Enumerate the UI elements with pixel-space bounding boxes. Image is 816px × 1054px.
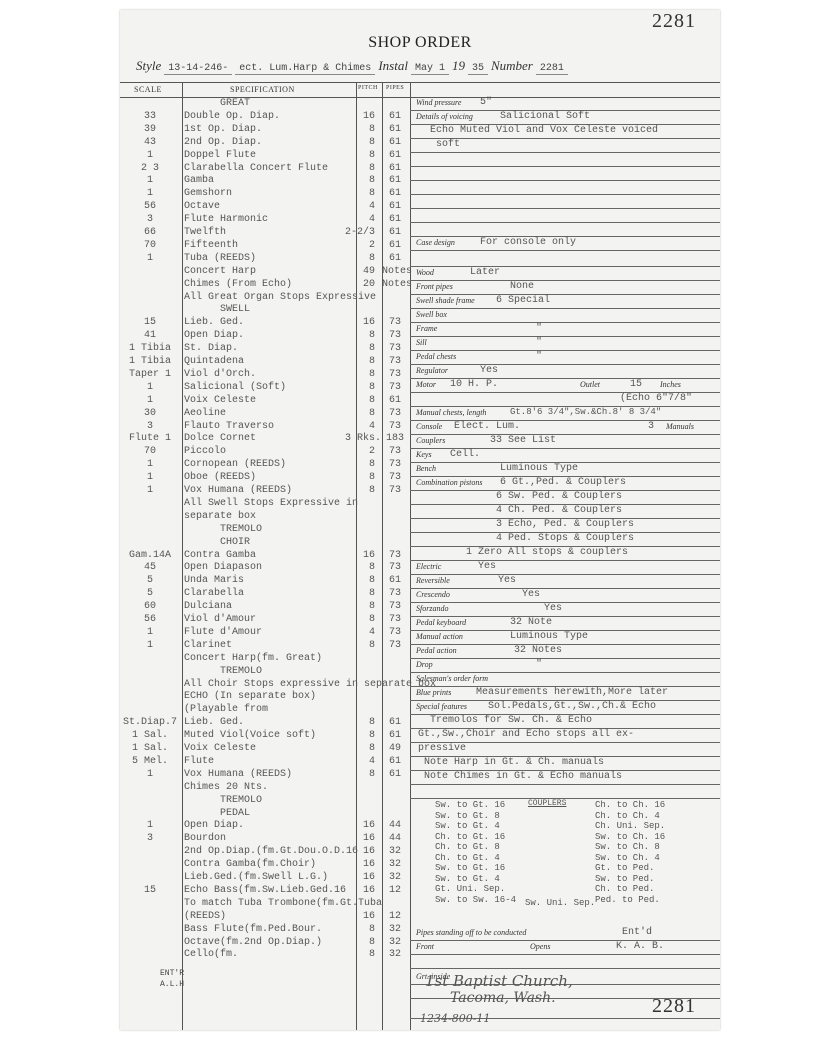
- table-row: St.Diap.7Lieb. Ged.861: [120, 717, 410, 729]
- table-row: separate box: [120, 511, 410, 523]
- table-row: TREMOLO: [120, 666, 410, 678]
- table-row: 41Open Diap.873: [120, 330, 410, 342]
- coupler-item: Ch. to Gt. 4: [435, 853, 500, 863]
- stop-scale: 5 Mel.: [120, 756, 180, 767]
- stop-pitch: 8: [345, 150, 375, 161]
- inches-label: Inches: [660, 380, 681, 389]
- special-line: Note Chimes in Gt. & Echo manuals: [424, 771, 622, 782]
- stop-spec: Tuba (REEDS): [184, 253, 256, 264]
- stop-scale: 43: [120, 137, 180, 148]
- coupler-item: Ped. to Ped.: [595, 895, 660, 905]
- stop-pitch: 8: [345, 188, 375, 199]
- stop-pitch: 8: [345, 459, 375, 470]
- stop-scale: 60: [120, 601, 180, 612]
- table-row: TREMOLO: [120, 524, 410, 536]
- bench-label: Bench: [416, 464, 436, 473]
- bench-value: Luminous Type: [500, 463, 578, 474]
- stop-pitch: 8: [345, 408, 375, 419]
- stop-scale: 1: [120, 472, 180, 483]
- stop-pitch: 2: [345, 446, 375, 457]
- stop-spec: Lieb. Ged.: [184, 317, 244, 328]
- stop-spec: Voix Celeste: [184, 395, 256, 406]
- stop-spec: Open Diap.: [184, 330, 244, 341]
- electric-value: Yes: [478, 561, 496, 572]
- table-row: ECHO (In separate box): [120, 691, 410, 703]
- entd-label: ENT'R: [160, 968, 184, 979]
- stop-pitch: 16: [345, 820, 375, 831]
- table-row: Cello(fm.832: [120, 949, 410, 961]
- stop-spec: Vox Humana (REEDS): [184, 485, 292, 496]
- col-pitch: PITCH: [358, 85, 378, 91]
- table-row: 1Tuba (REEDS)861: [120, 253, 410, 265]
- stop-spec: GREAT: [220, 98, 250, 109]
- table-row: 1 Sal.Muted Viol(Voice soft)861: [120, 730, 410, 742]
- table-row: 432nd Op. Diap.861: [120, 137, 410, 149]
- stop-spec: Open Diap.: [184, 820, 244, 831]
- keys-value: Cell.: [450, 449, 480, 460]
- table-row: 33Double Op. Diap.1661: [120, 111, 410, 123]
- stop-spec: Viol d'Orch.: [184, 369, 256, 380]
- stop-scale: 1: [120, 395, 180, 406]
- stop-spec: Clarabella Concert Flute: [184, 163, 328, 174]
- stop-spec: Gemshorn: [184, 188, 232, 199]
- stop-pitch: 16: [345, 550, 375, 561]
- stop-pipes: 61: [382, 240, 408, 251]
- table-row: 2nd Op.Diap.(fm.Gt.Dou.O.D.161632: [120, 846, 410, 858]
- stop-pipes: 73: [382, 317, 408, 328]
- year-suffix: 35: [468, 63, 488, 75]
- stop-pipes: 73: [382, 421, 408, 432]
- table-row: 30Aeoline873: [120, 408, 410, 420]
- wind-pressure-label: Wind pressure: [416, 98, 461, 107]
- electric-label: Electric: [416, 562, 441, 571]
- stop-pipes: Notes: [382, 266, 408, 277]
- stop-pipes: 61: [382, 253, 408, 264]
- table-row: 5Clarabella873: [120, 588, 410, 600]
- special-line: Note Harp in Gt. & Ch. manuals: [424, 757, 604, 768]
- crescendo-label: Crescendo: [416, 590, 450, 599]
- stop-pitch: 8: [345, 743, 375, 754]
- stop-spec: Salicional (Soft): [184, 382, 286, 393]
- stop-pipes: 73: [382, 562, 408, 573]
- special-line: Sol.Pedals,Gt.,Sw.,Ch.& Echo: [488, 701, 656, 712]
- stop-scale: 3: [120, 421, 180, 432]
- manual-action-label: Manual action: [416, 632, 463, 641]
- handwritten-code: 1234-800-11: [420, 1012, 490, 1025]
- voicing-value: Salicional Soft: [500, 111, 590, 122]
- manuals-label: Manuals: [666, 422, 694, 431]
- stop-scale: St.Diap.7: [120, 717, 180, 728]
- console-label: Console: [416, 422, 442, 431]
- console-value: Elect. Lum.: [454, 421, 520, 432]
- blue-prints-label: Blue prints: [416, 688, 451, 697]
- table-row: 3Bourdon1644: [120, 833, 410, 845]
- coupler-item: Ch. to Gt. 8: [435, 842, 500, 852]
- document-title: SHOP ORDER: [120, 34, 720, 52]
- stop-pipes: 61: [382, 717, 408, 728]
- stop-spec: Flute Harmonic: [184, 214, 268, 225]
- stop-pipes: 12: [382, 885, 408, 896]
- front-pipes-label: Front pipes: [416, 282, 453, 291]
- pistons-label: Combination pistons: [416, 478, 482, 487]
- table-row: 391st Op. Diap.861: [120, 124, 410, 136]
- stop-pipes: 73: [382, 382, 408, 393]
- stop-pitch: 2: [345, 240, 375, 251]
- stop-scale: 2 3: [120, 163, 180, 174]
- stop-pipes: 61: [382, 575, 408, 586]
- stop-pitch: 8: [345, 640, 375, 651]
- drop-label: Drop: [416, 660, 433, 669]
- piston-line: 4 Ped. Stops & Couplers: [496, 533, 634, 544]
- stop-scale: 1: [120, 485, 180, 496]
- stop-scale: 1: [120, 188, 180, 199]
- table-row: 1Gamba861: [120, 175, 410, 187]
- year-prefix: 19: [452, 58, 465, 73]
- stop-pipes: 73: [382, 550, 408, 561]
- table-row: 1Doppel Flute861: [120, 150, 410, 162]
- motor-label: Motor: [416, 380, 436, 389]
- stop-pitch: 16: [345, 911, 375, 922]
- stop-pipes: 32: [382, 924, 408, 935]
- stop-pitch: 8: [345, 937, 375, 948]
- stop-pitch: 8: [345, 769, 375, 780]
- stop-pipes: 44: [382, 820, 408, 831]
- stop-pipes: 44: [382, 833, 408, 844]
- stop-spec: Dolce Cornet: [184, 433, 256, 444]
- stop-pipes: 61: [382, 150, 408, 161]
- manual-action-value: Luminous Type: [510, 631, 588, 642]
- stop-spec: Concert Harp(fm. Great): [184, 653, 322, 664]
- table-row: 1Salicional (Soft)873: [120, 382, 410, 394]
- stop-pipes: 61: [382, 201, 408, 212]
- order-number-bottom: 2281: [652, 995, 696, 1018]
- stop-spec: Quintadena: [184, 356, 244, 367]
- stop-pitch: 8: [345, 924, 375, 935]
- stop-pipes: 61: [382, 395, 408, 406]
- stop-pitch: 3 Rks.: [345, 433, 375, 444]
- stop-pitch: 16: [345, 833, 375, 844]
- stop-pitch: 16: [345, 111, 375, 122]
- stop-pipes: 73: [382, 408, 408, 419]
- stop-spec: Contra Gamba(fm.Choir): [184, 859, 316, 870]
- table-row: TREMOLO: [120, 795, 410, 807]
- manuals-count: 3: [648, 421, 654, 432]
- table-row: (REEDS)1612: [120, 911, 410, 923]
- voicing-line-2: Echo Muted Viol and Vox Celeste voiced: [430, 125, 658, 136]
- coupler-item: Sw. to Gt. 4: [435, 874, 500, 884]
- stop-spec: Piccolo: [184, 446, 226, 457]
- stop-pitch: 8: [345, 601, 375, 612]
- stop-spec: All Great Organ Stops Expressive: [184, 292, 376, 303]
- table-row: All Swell Stops Expressive in: [120, 498, 410, 510]
- manual-chests-value: Gt.8'6 3/4",Sw.&Ch.8' 8 3/4": [510, 407, 661, 417]
- stop-pitch: 8: [345, 253, 375, 264]
- stop-pipes: 61: [382, 163, 408, 174]
- stop-scale: Flute 1: [120, 433, 180, 444]
- stop-spec: Fifteenth: [184, 240, 238, 251]
- stop-scale: 1 Sal.: [120, 730, 180, 741]
- special-line: Gt.,Sw.,Choir and Echo stops all ex-: [418, 729, 634, 740]
- initials-value: K. A. B.: [616, 941, 664, 952]
- couplers-heading: COUPLERS: [528, 799, 566, 808]
- stop-scale: 3: [120, 214, 180, 225]
- stop-pipes: 32: [382, 846, 408, 857]
- table-row: 60Dulciana873: [120, 601, 410, 613]
- stop-scale: 39: [120, 124, 180, 135]
- stop-spec: CHOIR: [220, 537, 250, 548]
- table-row: PEDAL: [120, 808, 410, 820]
- stop-pipes: 73: [382, 472, 408, 483]
- stop-pitch: 8: [345, 575, 375, 586]
- stop-spec: Oboe (REEDS): [184, 472, 256, 483]
- stop-pitch: 16: [345, 872, 375, 883]
- stop-pipes: 73: [382, 343, 408, 354]
- stop-pipes: 61: [382, 175, 408, 186]
- table-row: 5 Mel.Flute461: [120, 756, 410, 768]
- stop-spec: Flute d'Amour: [184, 627, 262, 638]
- table-row: Concert Harp(fm. Great): [120, 653, 410, 665]
- stop-pipes: 61: [382, 756, 408, 767]
- piston-line: 4 Ch. Ped. & Couplers: [496, 505, 622, 516]
- table-row: Octave(fm.2nd Op.Diap.)832: [120, 937, 410, 949]
- swell-box-label: Swell box: [416, 310, 447, 319]
- table-row: All Choir Stops expressive in separate b…: [120, 679, 410, 691]
- table-row: 45Open Diapason873: [120, 562, 410, 574]
- stop-pitch: 4: [345, 214, 375, 225]
- stop-pitch: 8: [345, 395, 375, 406]
- stop-pitch: 8: [345, 472, 375, 483]
- stop-pitch: 4: [345, 421, 375, 432]
- col-scale: SCALE: [134, 85, 162, 94]
- stop-pitch: 8: [345, 124, 375, 135]
- table-row: (Playable from: [120, 704, 410, 716]
- stop-spec: Lieb. Ged.: [184, 717, 244, 728]
- drop-value: ": [536, 659, 542, 670]
- style-value: 13-14-246-: [164, 63, 232, 75]
- stop-pipes: 73: [382, 485, 408, 496]
- stop-scale: 1 Tibia: [120, 343, 180, 354]
- stop-scale: 1: [120, 382, 180, 393]
- front-label: Front: [416, 942, 434, 951]
- reversible-label: Reversible: [416, 576, 450, 585]
- stop-spec: TREMOLO: [220, 666, 262, 677]
- entd-value: Ent'd: [622, 927, 652, 938]
- stop-spec: Muted Viol(Voice soft): [184, 730, 316, 741]
- stop-scale: 1: [120, 640, 180, 651]
- stop-spec: Contra Gamba: [184, 550, 256, 561]
- table-row: Concert Harp49Notes: [120, 266, 410, 278]
- stop-spec: Flute: [184, 756, 214, 767]
- coupler-item: Gt. Uni. Sep.: [435, 884, 505, 894]
- pedal-keyboard-value: 32 Note: [510, 617, 552, 628]
- crescendo-value: Yes: [522, 589, 540, 600]
- stop-spec: Viol d'Amour: [184, 614, 256, 625]
- stop-spec: Flauto Traverso: [184, 421, 274, 432]
- pipes-standing-label: Pipes standing off to be conducted: [416, 928, 526, 937]
- stop-spec: PEDAL: [220, 808, 250, 819]
- stop-pipes: 73: [382, 627, 408, 638]
- stop-spec: Octave(fm.2nd Op.Diap.): [184, 937, 322, 948]
- stop-scale: 1: [120, 253, 180, 264]
- stop-spec: TREMOLO: [220, 795, 262, 806]
- coupler-item: Ch. to Gt. 16: [435, 832, 505, 842]
- piston-line: 3 Echo, Ped. & Couplers: [496, 519, 634, 530]
- stop-scale: 5: [120, 588, 180, 599]
- stop-spec: To match Tuba Trombone(fm.Gt.Tuba: [184, 898, 382, 909]
- stop-pipes: 61: [382, 214, 408, 225]
- instal-date: May 1: [411, 63, 449, 75]
- stop-spec: Gamba: [184, 175, 214, 186]
- stop-pipes: 61: [382, 137, 408, 148]
- stop-spec: All Choir Stops expressive in separate b…: [184, 679, 436, 690]
- echo-note: (Echo 6"7/8": [620, 393, 692, 404]
- stop-pitch: 4: [345, 756, 375, 767]
- couplers-value: 33 See List: [490, 435, 556, 446]
- stop-pipes: 12: [382, 911, 408, 922]
- special-features-label: Special features: [416, 702, 467, 711]
- table-row: Contra Gamba(fm.Choir)1632: [120, 859, 410, 871]
- coupler-item: Ch. to Ped.: [595, 884, 654, 894]
- pedal-action-value: 32 Notes: [514, 645, 562, 656]
- piston-line: 6 Gt.,Ped. & Couplers: [500, 477, 626, 488]
- pedal-chests-value: ": [536, 351, 542, 362]
- stop-scale: 45: [120, 562, 180, 573]
- stop-pitch: 8: [345, 369, 375, 380]
- stop-scale: 1 Tibia: [120, 356, 180, 367]
- stop-spec: Cornopean (REEDS): [184, 459, 286, 470]
- stop-pipes: 32: [382, 859, 408, 870]
- table-row: Gam.14AContra Gamba1673: [120, 550, 410, 562]
- regulator-label: Regulator: [416, 366, 448, 375]
- table-row: Chimes 20 Nts.: [120, 782, 410, 794]
- table-row: 15Echo Bass(fm.Sw.Lieb.Ged.161612: [120, 885, 410, 897]
- number-value: 2281: [536, 63, 568, 75]
- stop-pitch: 8: [345, 137, 375, 148]
- stop-scale: 3: [120, 833, 180, 844]
- coupler-item: Sw. to Gt. 4: [435, 821, 500, 831]
- special-line: Tremolos for Sw. Ch. & Echo: [430, 715, 592, 726]
- stop-spec: 2nd Op. Diap.: [184, 137, 262, 148]
- stop-pitch: 8: [345, 163, 375, 174]
- table-row: Bass Flute(fm.Ped.Bour.832: [120, 924, 410, 936]
- wood-value: Later: [470, 267, 500, 278]
- stop-scale: 56: [120, 201, 180, 212]
- sill-label: Sill: [416, 338, 427, 347]
- table-row: To match Tuba Trombone(fm.Gt.Tuba: [120, 898, 410, 910]
- stop-scale: 15: [120, 885, 180, 896]
- keys-label: Keys: [416, 450, 432, 459]
- stop-scale: 30: [120, 408, 180, 419]
- stop-pipes: 183: [382, 433, 408, 444]
- sforzando-label: Sforzando: [416, 604, 448, 613]
- shop-order-sheet: 2281 SHOP ORDER Style 13-14-246- ect. Lu…: [120, 10, 720, 1030]
- style-label: Style: [136, 58, 161, 73]
- stop-pipes: 73: [382, 459, 408, 470]
- stop-pipes: 32: [382, 949, 408, 960]
- stop-pipes: 61: [382, 111, 408, 122]
- coupler-item: Sw. to Ch. 8: [595, 842, 660, 852]
- stop-pipes: 61: [382, 188, 408, 199]
- table-row: 1Vox Humana (REEDS)873: [120, 485, 410, 497]
- stop-spec: Octave: [184, 201, 220, 212]
- stop-spec: TREMOLO: [220, 524, 262, 535]
- col-pipes: PIPES: [386, 85, 404, 91]
- stop-spec: Double Op. Diap.: [184, 111, 280, 122]
- stop-pipes: 73: [382, 356, 408, 367]
- col-specification: SPECIFICATION: [230, 85, 295, 94]
- salesman-label: Salesman's order form: [416, 674, 488, 683]
- stop-pitch: 8: [345, 949, 375, 960]
- table-row: 1Clarinet873: [120, 640, 410, 652]
- stop-pitch: 8: [345, 330, 375, 341]
- table-row: 1Voix Celeste861: [120, 395, 410, 407]
- pedal-action-label: Pedal action: [416, 646, 457, 655]
- stop-spec: Open Diapason: [184, 562, 262, 573]
- table-row: 1 TibiaSt. Diap.873: [120, 343, 410, 355]
- table-row: 15Lieb. Ged.1673: [120, 317, 410, 329]
- stop-scale: Gam.14A: [120, 550, 180, 561]
- stop-scale: 33: [120, 111, 180, 122]
- stop-pitch: 16: [345, 846, 375, 857]
- stop-spec: 1st Op. Diap.: [184, 124, 262, 135]
- stop-spec: Vox Humana (REEDS): [184, 769, 292, 780]
- table-row: 1 Sal.Voix Celeste849: [120, 743, 410, 755]
- stop-spec: Cello(fm.: [184, 949, 238, 960]
- instal-label: Instal: [378, 58, 408, 73]
- blue-prints-value: Measurements herewith,More later: [476, 687, 668, 698]
- stop-spec: Aeoline: [184, 408, 226, 419]
- stop-scale: 66: [120, 227, 180, 238]
- church-city: Tacoma, Wash.: [450, 990, 556, 1006]
- case-design-value: For console only: [480, 237, 576, 248]
- stop-pitch: 8: [345, 382, 375, 393]
- order-number-top: 2281: [652, 10, 696, 33]
- stop-pitch: 8: [345, 614, 375, 625]
- stop-pitch: 2-2/3: [345, 227, 375, 238]
- table-row: 70Piccolo273: [120, 446, 410, 458]
- stop-pitch: 8: [345, 175, 375, 186]
- pedal-keyboard-label: Pedal keyboard: [416, 618, 466, 627]
- case-design-label: Case design: [416, 238, 455, 247]
- table-row: 5Unda Maris861: [120, 575, 410, 587]
- footer-initials: ENT'R A.L.H: [160, 968, 184, 990]
- stop-pipes: 73: [382, 614, 408, 625]
- stop-pipes: 61: [382, 769, 408, 780]
- coupler-item: Ch. to Ch. 4: [595, 811, 660, 821]
- stop-pitch: 8: [345, 588, 375, 599]
- stop-pipes: 61: [382, 227, 408, 238]
- sforzando-value: Yes: [544, 603, 562, 614]
- church-name: 1st Baptist Church,: [425, 972, 573, 990]
- stop-pipes: 73: [382, 369, 408, 380]
- stop-scale: 1: [120, 820, 180, 831]
- table-row: Taper 1Viol d'Orch.873: [120, 369, 410, 381]
- stop-spec: SWELL: [220, 304, 250, 315]
- opens-label: Opens: [530, 942, 550, 951]
- stop-scale: 1: [120, 627, 180, 638]
- stop-scale: 15: [120, 317, 180, 328]
- table-row: 56Viol d'Amour873: [120, 614, 410, 626]
- stop-pipes: 73: [382, 601, 408, 612]
- table-row: 3Flute Harmonic461: [120, 214, 410, 226]
- stop-spec: (Playable from: [184, 704, 268, 715]
- table-row: 1Open Diap.1644: [120, 820, 410, 832]
- stop-pitch: 16: [345, 317, 375, 328]
- table-row: Flute 1Dolce Cornet3 Rks.183: [120, 433, 410, 445]
- stop-pipes: Notes: [382, 279, 408, 290]
- stop-pitch: 8: [345, 485, 375, 496]
- front-pipes-value: None: [510, 281, 534, 292]
